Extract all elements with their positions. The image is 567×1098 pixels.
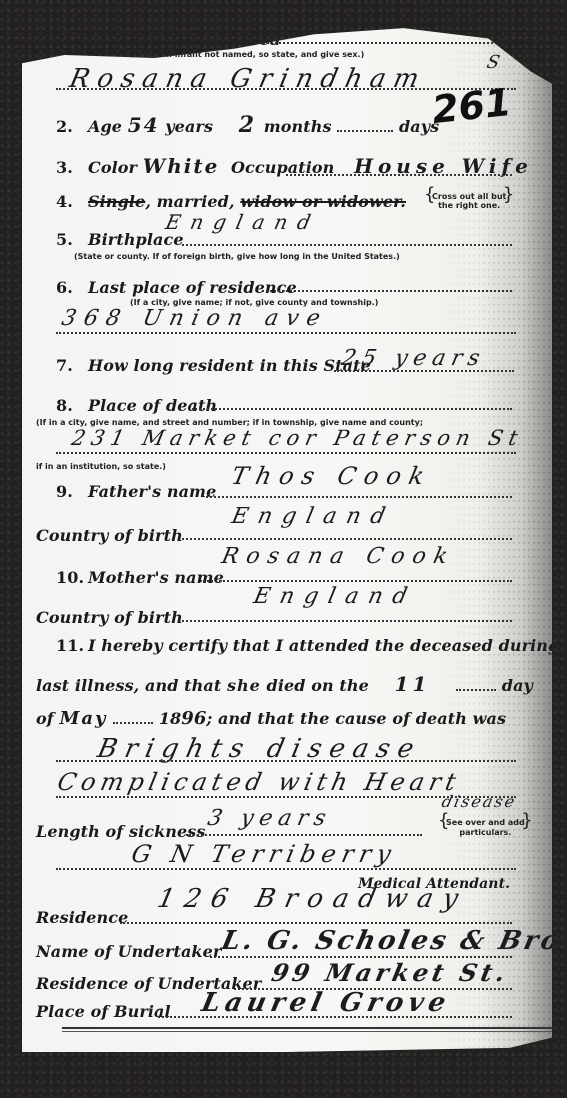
last-residence-row: 6.Last place of residence — [56, 278, 297, 297]
age-row: 2.Age 54 years 2 months days — [56, 112, 439, 138]
place-of-death-note-bottom: if in an institution, so state.) — [36, 462, 166, 471]
cause-line-1-dotted — [56, 760, 516, 762]
undertaker-name-value: L. G. Scholes & Bro — [219, 926, 552, 956]
form-bottom-rule — [62, 1027, 552, 1032]
burial-value: Laurel Grove — [199, 988, 453, 1018]
place-of-death-value-line — [56, 452, 516, 454]
year-prefix: 18 — [159, 709, 181, 728]
residence-dotted-line — [120, 922, 512, 924]
death-day-value: 11 — [395, 672, 431, 696]
corner-mark: S — [485, 52, 502, 73]
occupation-dotted-line — [286, 174, 512, 176]
mother-name-label: Mother's name — [88, 568, 224, 587]
mother-country-value: England — [251, 584, 419, 609]
sickness-dotted-line — [186, 834, 422, 836]
last-residence-value-line — [56, 332, 516, 334]
undertaker-residence-value: 99 Market St. — [269, 958, 512, 987]
burial-dotted-line — [158, 1016, 512, 1018]
father-name-dotted-line — [206, 496, 512, 498]
married-option: , married, — [145, 192, 240, 211]
undertaker-name-label: Name of Undertaker — [36, 942, 221, 961]
death-month-value: May — [59, 708, 107, 729]
age-label: Age — [88, 117, 122, 136]
father-country-label: Country of birth — [36, 526, 183, 545]
residency-row: 7.How long resident in this State — [56, 356, 371, 375]
last-residence-label: Last place of residence — [88, 278, 297, 297]
residency-value: 25 years — [339, 346, 488, 371]
father-row: 9.Father's name — [56, 482, 216, 501]
father-country-value: England — [229, 504, 397, 529]
sickness-value: 3 years — [205, 806, 334, 831]
sickness-label: Length of sickness — [36, 822, 206, 841]
sickness-note: { See over and add particulars. } — [446, 818, 525, 838]
age-years-value: 54 — [128, 113, 160, 137]
marital-status-row: 4.Single, married, widow or widower. — [56, 192, 406, 211]
residency-label: How long resident in this State — [88, 356, 371, 375]
certification-line-1: 11.I hereby certify that I attended the … — [56, 636, 552, 655]
residence-label: Residence — [36, 908, 128, 927]
place-of-death-dotted-line — [192, 408, 512, 410]
place-of-death-label: Place of death — [88, 396, 217, 415]
last-residence-value: 368 Union ave — [59, 306, 330, 331]
residence-value: 126 Broadway — [155, 884, 471, 914]
place-of-death-value: 231 Market cor Paterson St — [69, 426, 525, 450]
mother-country-dotted-line — [182, 620, 512, 622]
father-country-dotted-line — [182, 538, 512, 540]
medical-attendant-signature: G N Terriberry — [129, 840, 399, 868]
birthplace-note: (State or county. If of foreign birth, g… — [74, 252, 400, 261]
cause-of-death-line-3: disease — [440, 792, 518, 811]
mother-row: 10.Mother's name — [56, 568, 224, 587]
mother-name-value: Rosana Cook — [219, 544, 457, 569]
birthplace-row: 5.Birthplace — [56, 230, 184, 249]
medical-attendant-dotted-line — [56, 868, 516, 870]
mother-country-label: Country of birth — [36, 608, 183, 627]
days-label: days — [399, 117, 439, 136]
birthplace-value: England — [163, 210, 322, 234]
burial-label: Place of Burial — [36, 1002, 171, 1021]
years-label: years — [165, 117, 213, 136]
certificate-number-stamp: 261 — [430, 80, 513, 132]
certification-line-3: of May 1896; and that the cause of death… — [36, 708, 506, 729]
color-label: Color — [88, 158, 137, 177]
full-name-dotted-line — [244, 42, 504, 44]
certification-line-2: last illness, and that she died on the 1… — [36, 672, 533, 696]
father-name-value: Thos Cook — [229, 462, 435, 490]
marital-note: { Cross out all but the right one. } — [432, 192, 506, 210]
certificate-paper: 1. Full name of deceased (If an infant n… — [22, 22, 552, 1052]
color-value: White — [143, 154, 220, 178]
single-option-struck: Single — [88, 192, 145, 211]
residency-dotted-line — [334, 370, 514, 372]
mother-name-dotted-line — [200, 580, 512, 582]
pronoun-value: she — [227, 676, 261, 695]
widow-option-struck: widow or widower. — [240, 192, 406, 211]
age-months-value: 2 — [239, 112, 258, 138]
cause-of-death-line-2: Complicated with Heart — [55, 768, 463, 796]
death-year-value: 96 — [181, 708, 206, 729]
birthplace-dotted-line — [182, 244, 512, 246]
father-name-label: Father's name — [88, 482, 216, 501]
months-label: months — [264, 117, 332, 136]
place-of-death-row: 8.Place of death — [56, 396, 217, 415]
birthplace-label: Birthplace — [88, 230, 184, 249]
last-residence-dotted-line — [262, 290, 512, 292]
